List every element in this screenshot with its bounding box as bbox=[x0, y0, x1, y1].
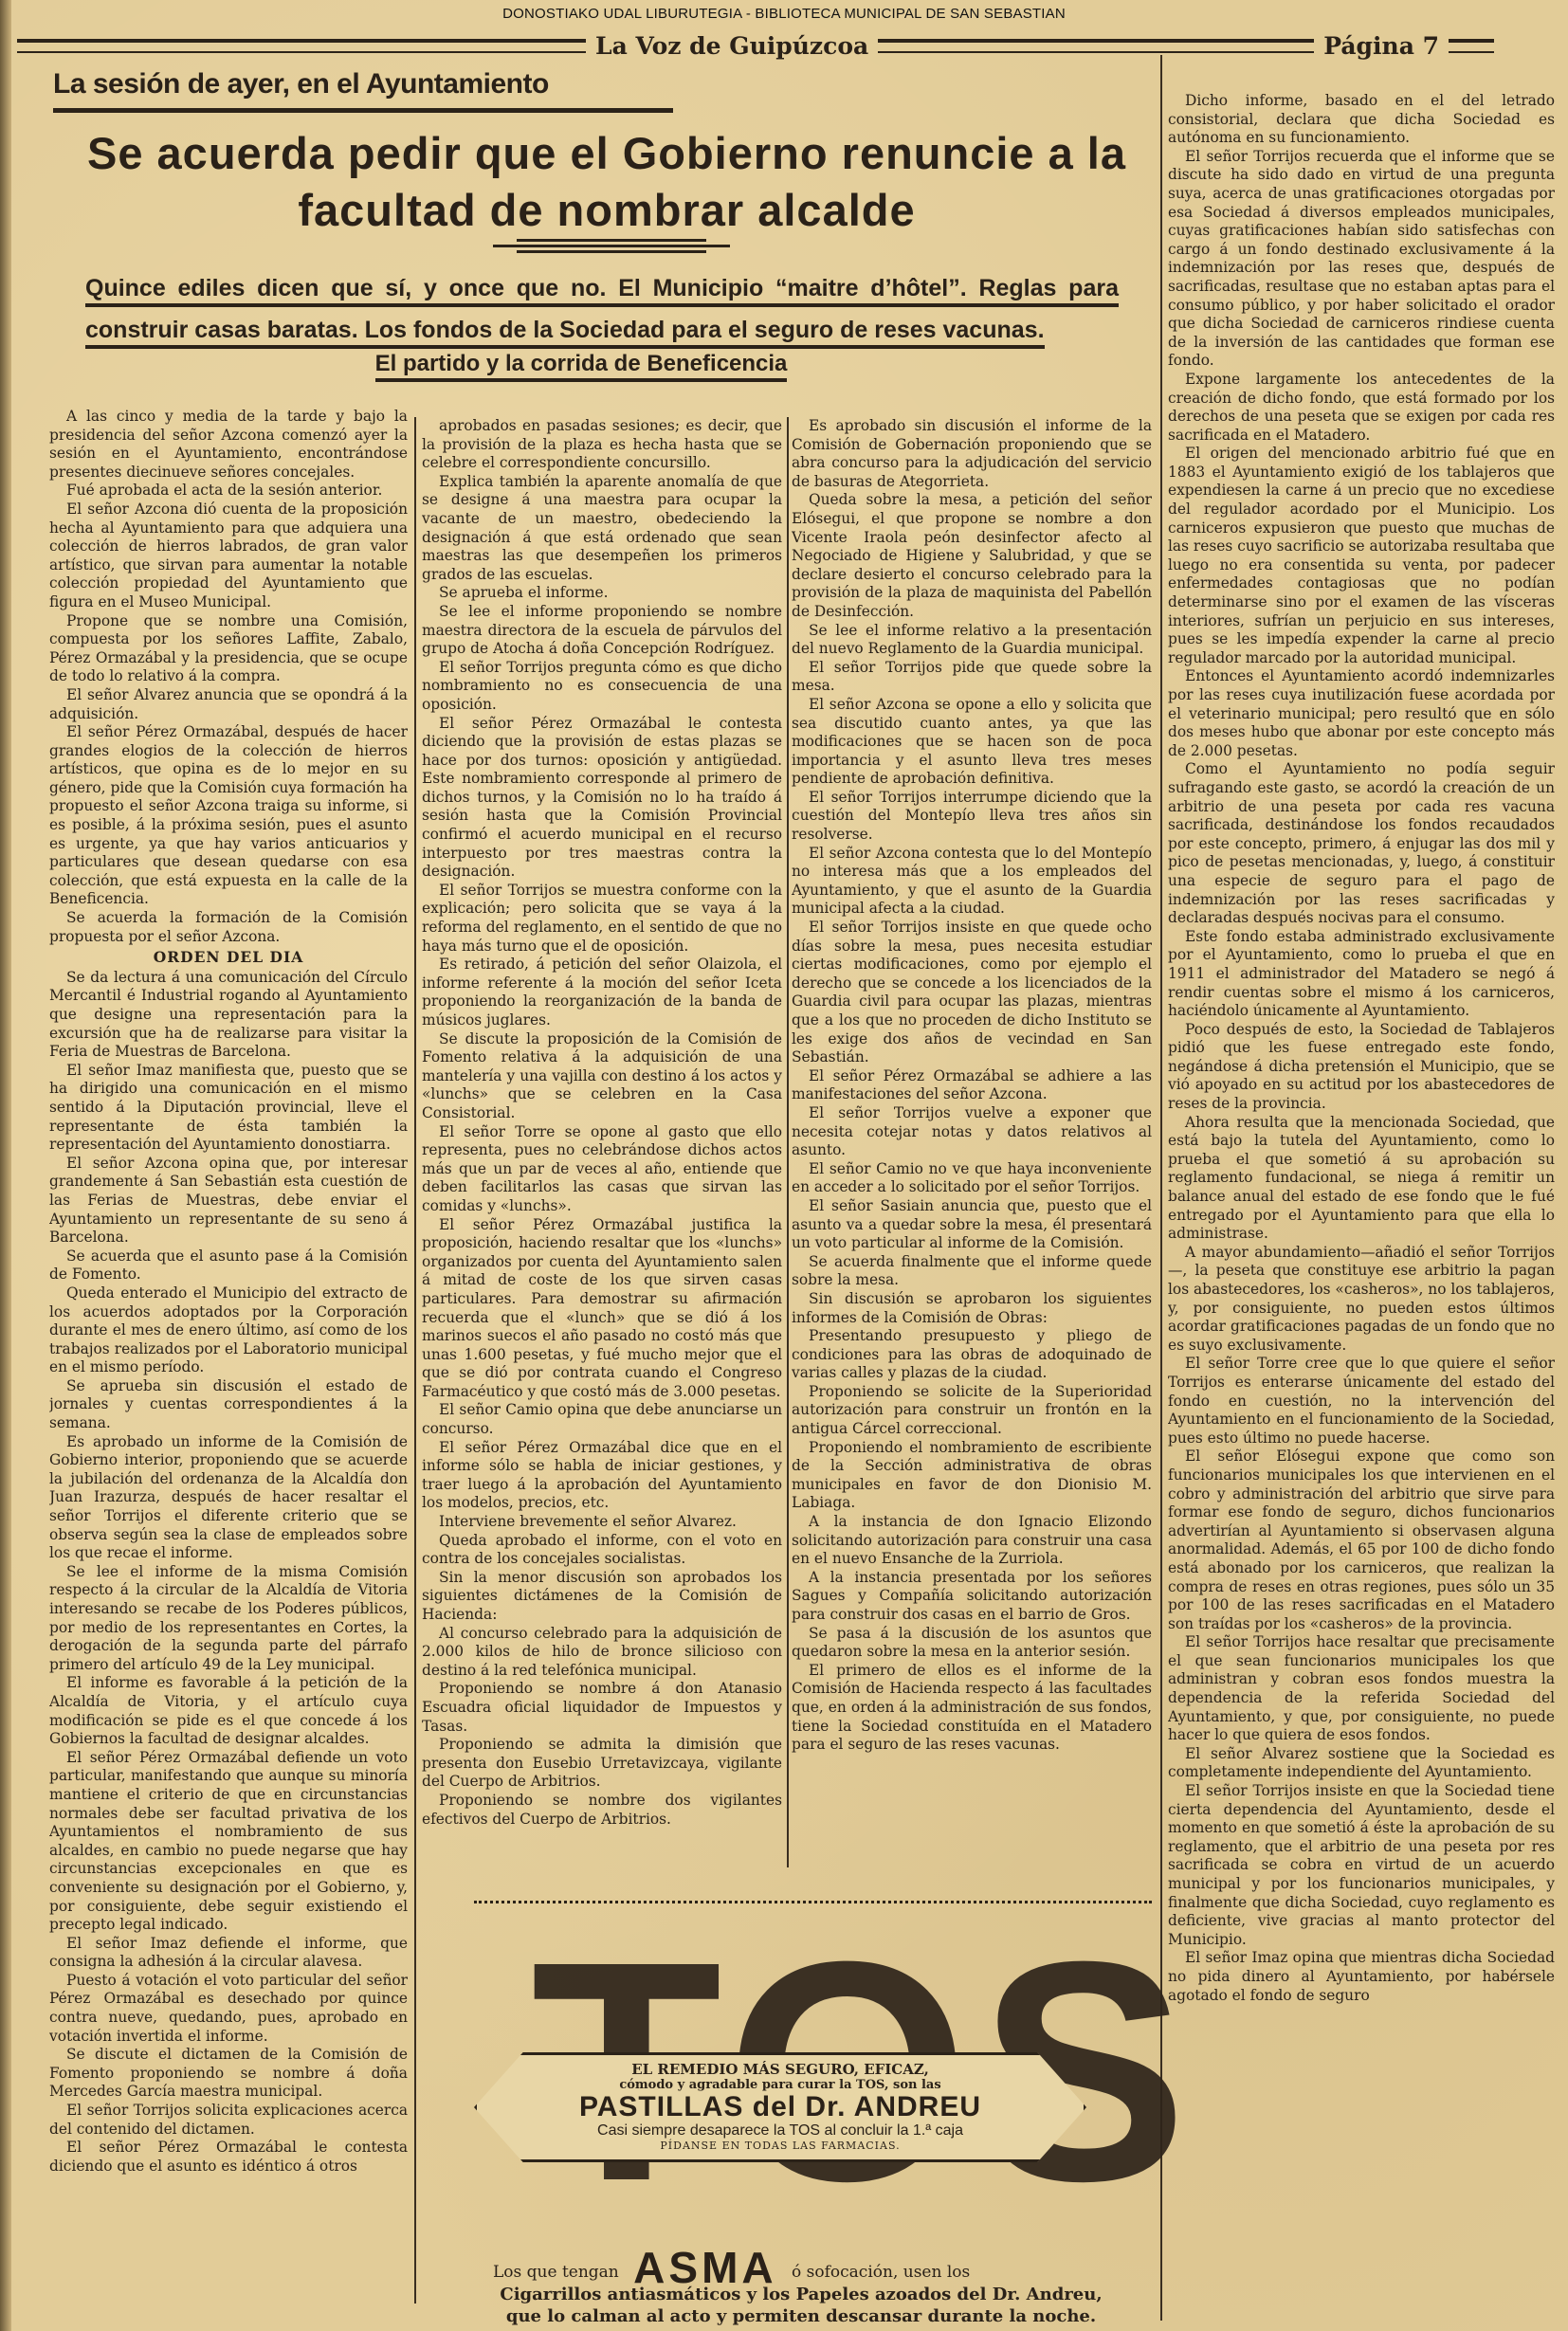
paragraph: El señor Pérez Ormazábal, después de hac… bbox=[49, 723, 408, 909]
decorative-rule bbox=[493, 245, 730, 247]
article-column-4: Dicho informe, basado en el del letrado … bbox=[1168, 92, 1555, 2320]
paragraph: Se acuerda finalmente que el informe que… bbox=[792, 1253, 1152, 1290]
paragraph: Se acuerda que el asunto pase á la Comis… bbox=[49, 1247, 408, 1284]
paragraph: Explica también la aparente anomalía de … bbox=[422, 473, 782, 585]
paragraph: A mayor abundamiento—añadió el señor Tor… bbox=[1168, 1244, 1555, 1356]
headline-line-1: Se acuerda pedir que el Gobierno renunci… bbox=[47, 125, 1166, 182]
ad-banner-line-4: Casi siempre desaparece la TOS al conclu… bbox=[477, 2122, 1084, 2140]
paragraph: El señor Torre se opone al gasto que ell… bbox=[422, 1123, 782, 1216]
ad-line-2: Cigarrillos antiasmáticos y los Papeles … bbox=[474, 2285, 1128, 2304]
paragraph: A las cinco y media de la tarde y bajo l… bbox=[49, 408, 408, 482]
paragraph: El señor Camio opina que debe anunciarse… bbox=[422, 1401, 782, 1438]
paragraph: Queda enterado el Municipio del extracto… bbox=[49, 1284, 408, 1377]
ad-banner-line-2: cómodo y agradable para curar la TOS, so… bbox=[477, 2078, 1084, 2092]
paragraph: A la instancia presentada por los señore… bbox=[792, 1569, 1152, 1625]
subheadline-2-text: El partido y la corrida de Beneficencia bbox=[375, 351, 788, 382]
paragraph: El señor Alvarez sostiene que la Socieda… bbox=[1168, 1745, 1555, 1782]
masthead: La Voz de Guipúzcoa Página 7 bbox=[17, 32, 1548, 59]
newspaper-name: La Voz de Guipúzcoa bbox=[586, 32, 878, 60]
paragraph: El señor Imaz defiende el informe, que c… bbox=[49, 1935, 408, 1972]
paragraph: Se discute la proposición de la Comisión… bbox=[422, 1030, 782, 1123]
paragraph: El señor Torrijos vuelve a exponer que n… bbox=[792, 1104, 1152, 1160]
paragraph: Se pasa á la discusión de los asuntos qu… bbox=[792, 1625, 1152, 1662]
paragraph: Queda aprobado el informe, con el voto e… bbox=[422, 1532, 782, 1569]
paragraph: Proponiendo se solicite de la Superiorid… bbox=[792, 1383, 1152, 1439]
paragraph: El señor Azcona opina que, por interesar… bbox=[49, 1155, 408, 1247]
paragraph: Sin discusión se aprobaron los siguiente… bbox=[792, 1290, 1152, 1327]
article-kicker: La sesión de ayer, en el Ayuntamiento bbox=[53, 68, 549, 100]
paragraph: El señor Torrijos recuerda que el inform… bbox=[1168, 148, 1555, 371]
archive-banner: DONOSTIAKO UDAL LIBURUTEGIA - BIBLIOTECA… bbox=[0, 6, 1568, 22]
paragraph: El señor Torrijos se muestra conforme co… bbox=[422, 882, 782, 956]
paragraph: Proponiendo se nombre á don Atanasio Esc… bbox=[422, 1680, 782, 1736]
paragraph: El señor Torrijos hace resaltar que prec… bbox=[1168, 1633, 1555, 1745]
paragraph: El señor Elósegui expone que como son fu… bbox=[1168, 1448, 1555, 1633]
paragraph: Puesto á votación el voto particular del… bbox=[49, 1972, 408, 2046]
paragraph: Es retirado, á petición del señor Olaizo… bbox=[422, 956, 782, 1029]
ad-asma-prefix: Los que tengan bbox=[493, 2263, 619, 2282]
paragraph: El primero de ellos es el informe de la … bbox=[792, 1662, 1152, 1755]
paragraph: El señor Pérez Ormazábal le contesta dic… bbox=[49, 2139, 408, 2176]
paragraph: El señor Pérez Ormazábal justifica la pr… bbox=[422, 1216, 782, 1402]
paragraph: Presentando presupuesto y pliego de cond… bbox=[792, 1327, 1152, 1383]
paragraph: Es aprobado un informe de la Comisión de… bbox=[49, 1433, 408, 1563]
paragraph: El señor Sasiain anuncia que, puesto que… bbox=[792, 1197, 1152, 1253]
paragraph: Sin la menor discusión son aprobados los… bbox=[422, 1569, 782, 1625]
paragraph: Propone que se nombre una Comisión, comp… bbox=[49, 612, 408, 686]
paragraph: El señor Torrijos interrumpe diciendo qu… bbox=[792, 789, 1152, 845]
article-column-2: aprobados en pasadas sesiones; es decir,… bbox=[422, 417, 782, 1867]
masthead-rule-mid bbox=[878, 39, 1314, 53]
paragraph: Se lee el informe de la misma Comisión r… bbox=[49, 1563, 408, 1675]
section-heading-orden-del-dia: ORDEN DEL DIA bbox=[49, 948, 408, 967]
article-column-1: A las cinco y media de la tarde y bajo l… bbox=[49, 408, 408, 2294]
paragraph: El señor Azcona contesta que lo del Mont… bbox=[792, 845, 1152, 919]
article-headline: Se acuerda pedir que el Gobierno renunci… bbox=[47, 125, 1166, 239]
paragraph: Entonces el Ayuntamiento acordó indemniz… bbox=[1168, 667, 1555, 760]
decorative-rule bbox=[517, 250, 706, 253]
paragraph: Interviene brevemente el señor Alvarez. bbox=[422, 1513, 782, 1532]
paragraph: Es aprobado sin discusión el informe de … bbox=[792, 417, 1152, 491]
advertisement-tos: TOS EL REMEDIO MÁS SEGURO, EFICAZ, cómod… bbox=[474, 1901, 1157, 2318]
page-number: Página 7 bbox=[1314, 32, 1449, 60]
article-subheadline: Quince ediles dicen que sí, y once que n… bbox=[85, 267, 1119, 351]
paragraph: A la instancia de don Ignacio Elizondo s… bbox=[792, 1513, 1152, 1569]
kicker-underline bbox=[53, 108, 673, 113]
paragraph: El señor Torrijos insiste en que quede o… bbox=[792, 919, 1152, 1067]
column-rule bbox=[414, 417, 416, 2304]
ad-banner-line-1: EL REMEDIO MÁS SEGURO, EFICAZ, bbox=[477, 2061, 1084, 2078]
paragraph: Queda sobre la mesa, a petición del seño… bbox=[792, 491, 1152, 621]
masthead-rule-right bbox=[1449, 39, 1494, 53]
paragraph: Proponiendo se admita la dimisión que pr… bbox=[422, 1736, 782, 1792]
article-subheadline-2: El partido y la corrida de Beneficencia bbox=[0, 351, 1162, 377]
paragraph: El señor Pérez Ormazábal se adhiere a la… bbox=[792, 1067, 1152, 1104]
paragraph: Se discute el dictamen de la Comisión de… bbox=[49, 2046, 408, 2102]
ad-line-3: que lo calman al acto y permiten descans… bbox=[474, 2306, 1128, 2326]
paragraph: aprobados en pasadas sesiones; es decir,… bbox=[422, 417, 782, 473]
masthead-rule-left bbox=[17, 39, 586, 53]
paragraph: El señor Camio no ve que haya inconvenie… bbox=[792, 1160, 1152, 1197]
paragraph: El señor Torre cree que lo que quiere el… bbox=[1168, 1355, 1555, 1448]
paragraph: Se aprueba el informe. bbox=[422, 584, 782, 603]
subheadline-text: Quince ediles dicen que sí, y once que n… bbox=[85, 275, 1119, 349]
article-column-3: Es aprobado sin discusión el informe de … bbox=[792, 417, 1152, 1858]
paragraph: El señor Pérez Ormazábal le contesta dic… bbox=[422, 715, 782, 882]
paragraph: Se da lectura á una comunicación del Cír… bbox=[49, 969, 408, 1062]
paragraph: El informe es favorable á la petición de… bbox=[49, 1674, 408, 1748]
paragraph: Expone largamente los antecedentes de la… bbox=[1168, 371, 1555, 445]
column-rule bbox=[787, 417, 789, 1867]
decorative-rule bbox=[517, 239, 706, 242]
ad-banner-line-5: PÍDANSE EN TODAS LAS FARMACIAS. bbox=[477, 2140, 1084, 2152]
paragraph: Como el Ayuntamiento no podía seguir suf… bbox=[1168, 760, 1555, 927]
paragraph: El señor Torrijos insiste en que la Soci… bbox=[1168, 1782, 1555, 1949]
ad-banner: EL REMEDIO MÁS SEGURO, EFICAZ, cómodo y … bbox=[474, 2052, 1086, 2162]
paragraph: El señor Azcona se opone a ello y solici… bbox=[792, 696, 1152, 789]
paragraph: Proponiendo se nombre dos vigilantes efe… bbox=[422, 1792, 782, 1829]
paragraph: Ahora resulta que la mencionada Sociedad… bbox=[1168, 1114, 1555, 1244]
paragraph: Proponiendo el nombramiento de escribien… bbox=[792, 1439, 1152, 1513]
paragraph: Se lee el informe relativo a la presenta… bbox=[792, 622, 1152, 659]
paragraph: El señor Imaz manifiesta que, puesto que… bbox=[49, 1062, 408, 1155]
paragraph: Se aprueba sin discusión el estado de jo… bbox=[49, 1377, 408, 1433]
paragraph: El señor Azcona dió cuenta de la proposi… bbox=[49, 501, 408, 612]
paragraph: Se lee el informe proponiendo se nombre … bbox=[422, 603, 782, 659]
paragraph: El señor Imaz opina que mientras dicha S… bbox=[1168, 1949, 1555, 2005]
paragraph: El señor Pérez Ormazábal defiende un vot… bbox=[49, 1749, 408, 1935]
paragraph: Fué aprobada el acta de la sesión anteri… bbox=[49, 482, 408, 501]
page-binding-edge bbox=[0, 0, 11, 2331]
paragraph: El señor Torrijos pide que quede sobre l… bbox=[792, 659, 1152, 696]
paragraph: Poco después de esto, la Sociedad de Tab… bbox=[1168, 1021, 1555, 1114]
paragraph: Se acuerda la formación de la Comisión p… bbox=[49, 909, 408, 946]
paragraph: El señor Torrijos solicita explicaciones… bbox=[49, 2102, 408, 2139]
paragraph: Al concurso celebrado para la adquisició… bbox=[422, 1625, 782, 1681]
headline-line-2: facultad de nombrar alcalde bbox=[47, 182, 1166, 239]
paragraph: El señor Torrijos pregunta cómo es que d… bbox=[422, 659, 782, 715]
paragraph: El origen del mencionado arbitrio fué qu… bbox=[1168, 445, 1555, 667]
paragraph: El señor Alvarez anuncia que se opondrá … bbox=[49, 686, 408, 723]
paragraph: Dicho informe, basado en el del letrado … bbox=[1168, 92, 1555, 148]
paragraph: El señor Pérez Ormazábal dice que en el … bbox=[422, 1439, 782, 1513]
paragraph: Este fondo estaba administrado exclusiva… bbox=[1168, 928, 1555, 1021]
ad-product-name: PASTILLAS del Dr. ANDREU bbox=[477, 2092, 1084, 2122]
ad-asma-suffix: ó sofocación, usen los bbox=[792, 2263, 970, 2282]
